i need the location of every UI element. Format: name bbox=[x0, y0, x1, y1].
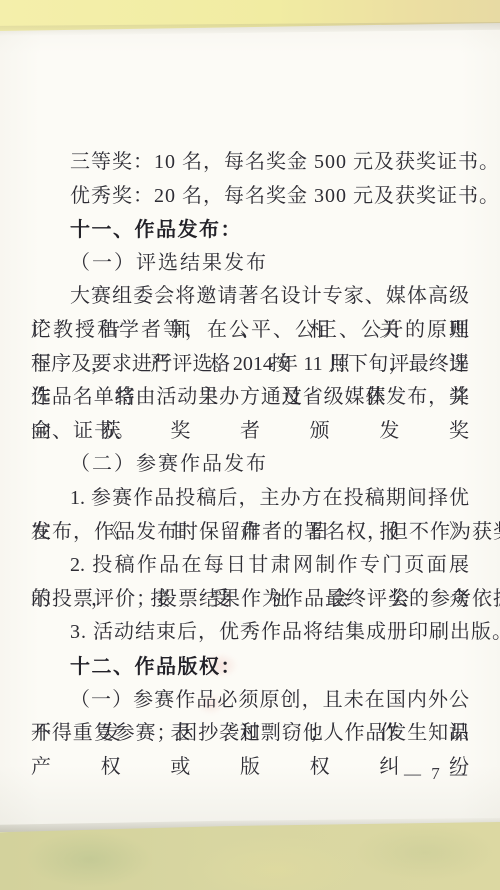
text-line: 不得重复参赛；因抄袭和剽窃他人作品发生知识产权或版权纠纷 bbox=[31, 717, 469, 751]
text-line: （一）参赛作品必须原创，且未在国内外公开发表过；作品 bbox=[31, 684, 469, 718]
text-line: 程序及要求进行评选。2014 年 11 月下旬，最终评选结果及获奖 bbox=[31, 348, 469, 382]
text-line: 大赛组委会将邀请著名设计专家、媒体高级广告师、相关理 bbox=[31, 280, 469, 314]
text-line: 十二、作品版权： bbox=[31, 650, 469, 684]
text-line: （一）评选结果发布 bbox=[31, 247, 469, 281]
text-line: 2. 投稿作品在每日甘肃网制作专门页面展示，接受社会公众 bbox=[31, 549, 469, 583]
page-number: — 7 — bbox=[404, 762, 470, 786]
text-line: 作品名单将由活动主办方通过省级媒体发布，并向获奖者颁发奖 bbox=[31, 381, 469, 415]
text-line: 的投票评价；投票结果作为作品最终评奖的参考依据。 bbox=[31, 583, 469, 617]
text-line: 三等奖：10 名，每名奖金 500 元及获奖证书。 bbox=[31, 146, 469, 180]
text-line: 十一、作品发布： bbox=[31, 213, 469, 247]
text-line: 3. 活动结束后，优秀作品将结集成册印刷出版。 bbox=[31, 616, 469, 650]
text-line: （二）参赛作品发布 bbox=[31, 448, 469, 482]
text-line: 发布，作品发布时保留作者的署名权，但不作为获奖依据。 bbox=[31, 516, 469, 550]
text-line: 论教授和学者等，在公平、公正、公开的原则下，严格按照评选 bbox=[31, 314, 469, 348]
scanned-document-photo: 三等奖：10 名，每名奖金 500 元及获奖证书。优秀奖：20 名，每名奖金 3… bbox=[0, 0, 500, 890]
document-body: 三等奖：10 名，每名奖金 500 元及获奖证书。优秀奖：20 名，每名奖金 3… bbox=[31, 146, 469, 751]
text-line: 优秀奖：20 名，每名奖金 300 元及获奖证书。 bbox=[31, 180, 469, 214]
table-surface-bottom bbox=[0, 822, 500, 890]
text-line: 1. 参赛作品投稿后，主办方在投稿期间择优在《甘肃日报》 bbox=[31, 482, 469, 516]
